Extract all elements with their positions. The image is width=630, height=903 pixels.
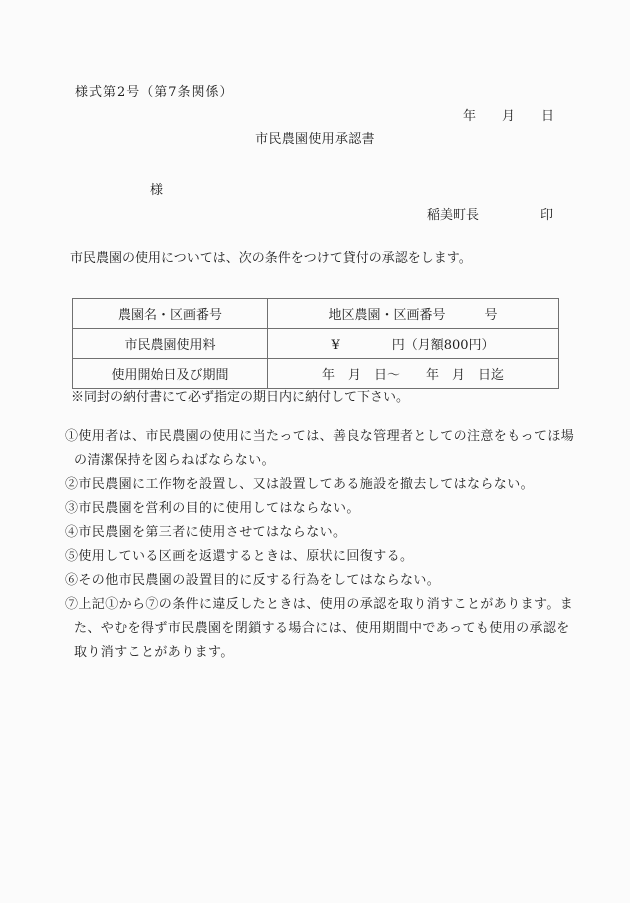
- row-label: 農園名・区画番号: [73, 299, 268, 329]
- seal-mark: 印: [540, 206, 553, 226]
- intro-text: 市民農園の使用については、次の条件をつけて貸付の承認をします。: [70, 249, 472, 269]
- document-page: 様式第2号（第7条関係） 年 月 日 市民農園使用承認書 様 稲美町長 印 市民…: [0, 0, 630, 903]
- row-value: 年 月 日～ 年 月 日迄: [268, 359, 559, 389]
- payment-note: ※同封の納付書にて必ず指定の期日内に納付して下さい。: [71, 388, 409, 408]
- row-value: 地区農園・区画番号 号: [268, 299, 559, 329]
- row-label: 市民農園使用料: [73, 329, 268, 359]
- fee-table: 農園名・区画番号 地区農園・区画番号 号 市民農園使用料 ¥ 円（月額800円）…: [72, 298, 559, 389]
- table-row-period: 使用開始日及び期間 年 月 日～ 年 月 日迄: [73, 359, 559, 389]
- condition-line-1: ①使用者は、市民農園の使用に当たっては、善良な管理者としての注意をもってほ場: [65, 425, 580, 449]
- condition-line-7-cont2: 取り消すことがあります。: [65, 641, 580, 665]
- condition-line-7-cont: た、やむを得ず市民農園を閉鎖する場合には、使用期間中であっても使用の承認を: [65, 617, 580, 641]
- mayor-name: 稲美町長: [427, 206, 479, 226]
- row-value: ¥ 円（月額800円）: [268, 329, 559, 359]
- condition-line-5: ⑤使用している区画を返還するときは、原状に回復する。: [65, 545, 580, 569]
- condition-line-4: ④市民農園を第三者に使用させてはならない。: [65, 521, 580, 545]
- conditions-list: ①使用者は、市民農園の使用に当たっては、善良な管理者としての注意をもってほ場 の…: [65, 425, 580, 665]
- document-title: 市民農園使用承認書: [0, 130, 630, 150]
- condition-line-3: ③市民農園を営利の目的に使用してはならない。: [65, 497, 580, 521]
- table-row-garden-name: 農園名・区画番号 地区農園・区画番号 号: [73, 299, 559, 329]
- row-label: 使用開始日及び期間: [73, 359, 268, 389]
- condition-line-6: ⑥その他市民農園の設置目的に反する行為をしてはならない。: [65, 569, 580, 593]
- condition-line-1-cont: の清潔保持を図らねばならない。: [65, 449, 580, 473]
- form-number: 様式第2号（第7条関係）: [75, 83, 234, 103]
- condition-line-7: ⑦上記①から⑦の条件に違反したときは、使用の承認を取り消すことがあります。ま: [65, 593, 580, 617]
- date-line: 年 月 日: [463, 107, 554, 127]
- table-row-fee: 市民農園使用料 ¥ 円（月額800円）: [73, 329, 559, 359]
- condition-line-2: ②市民農園に工作物を設置し、又は設置してある施設を撤去してはならない。: [65, 473, 580, 497]
- addressee-honorific: 様: [150, 181, 163, 201]
